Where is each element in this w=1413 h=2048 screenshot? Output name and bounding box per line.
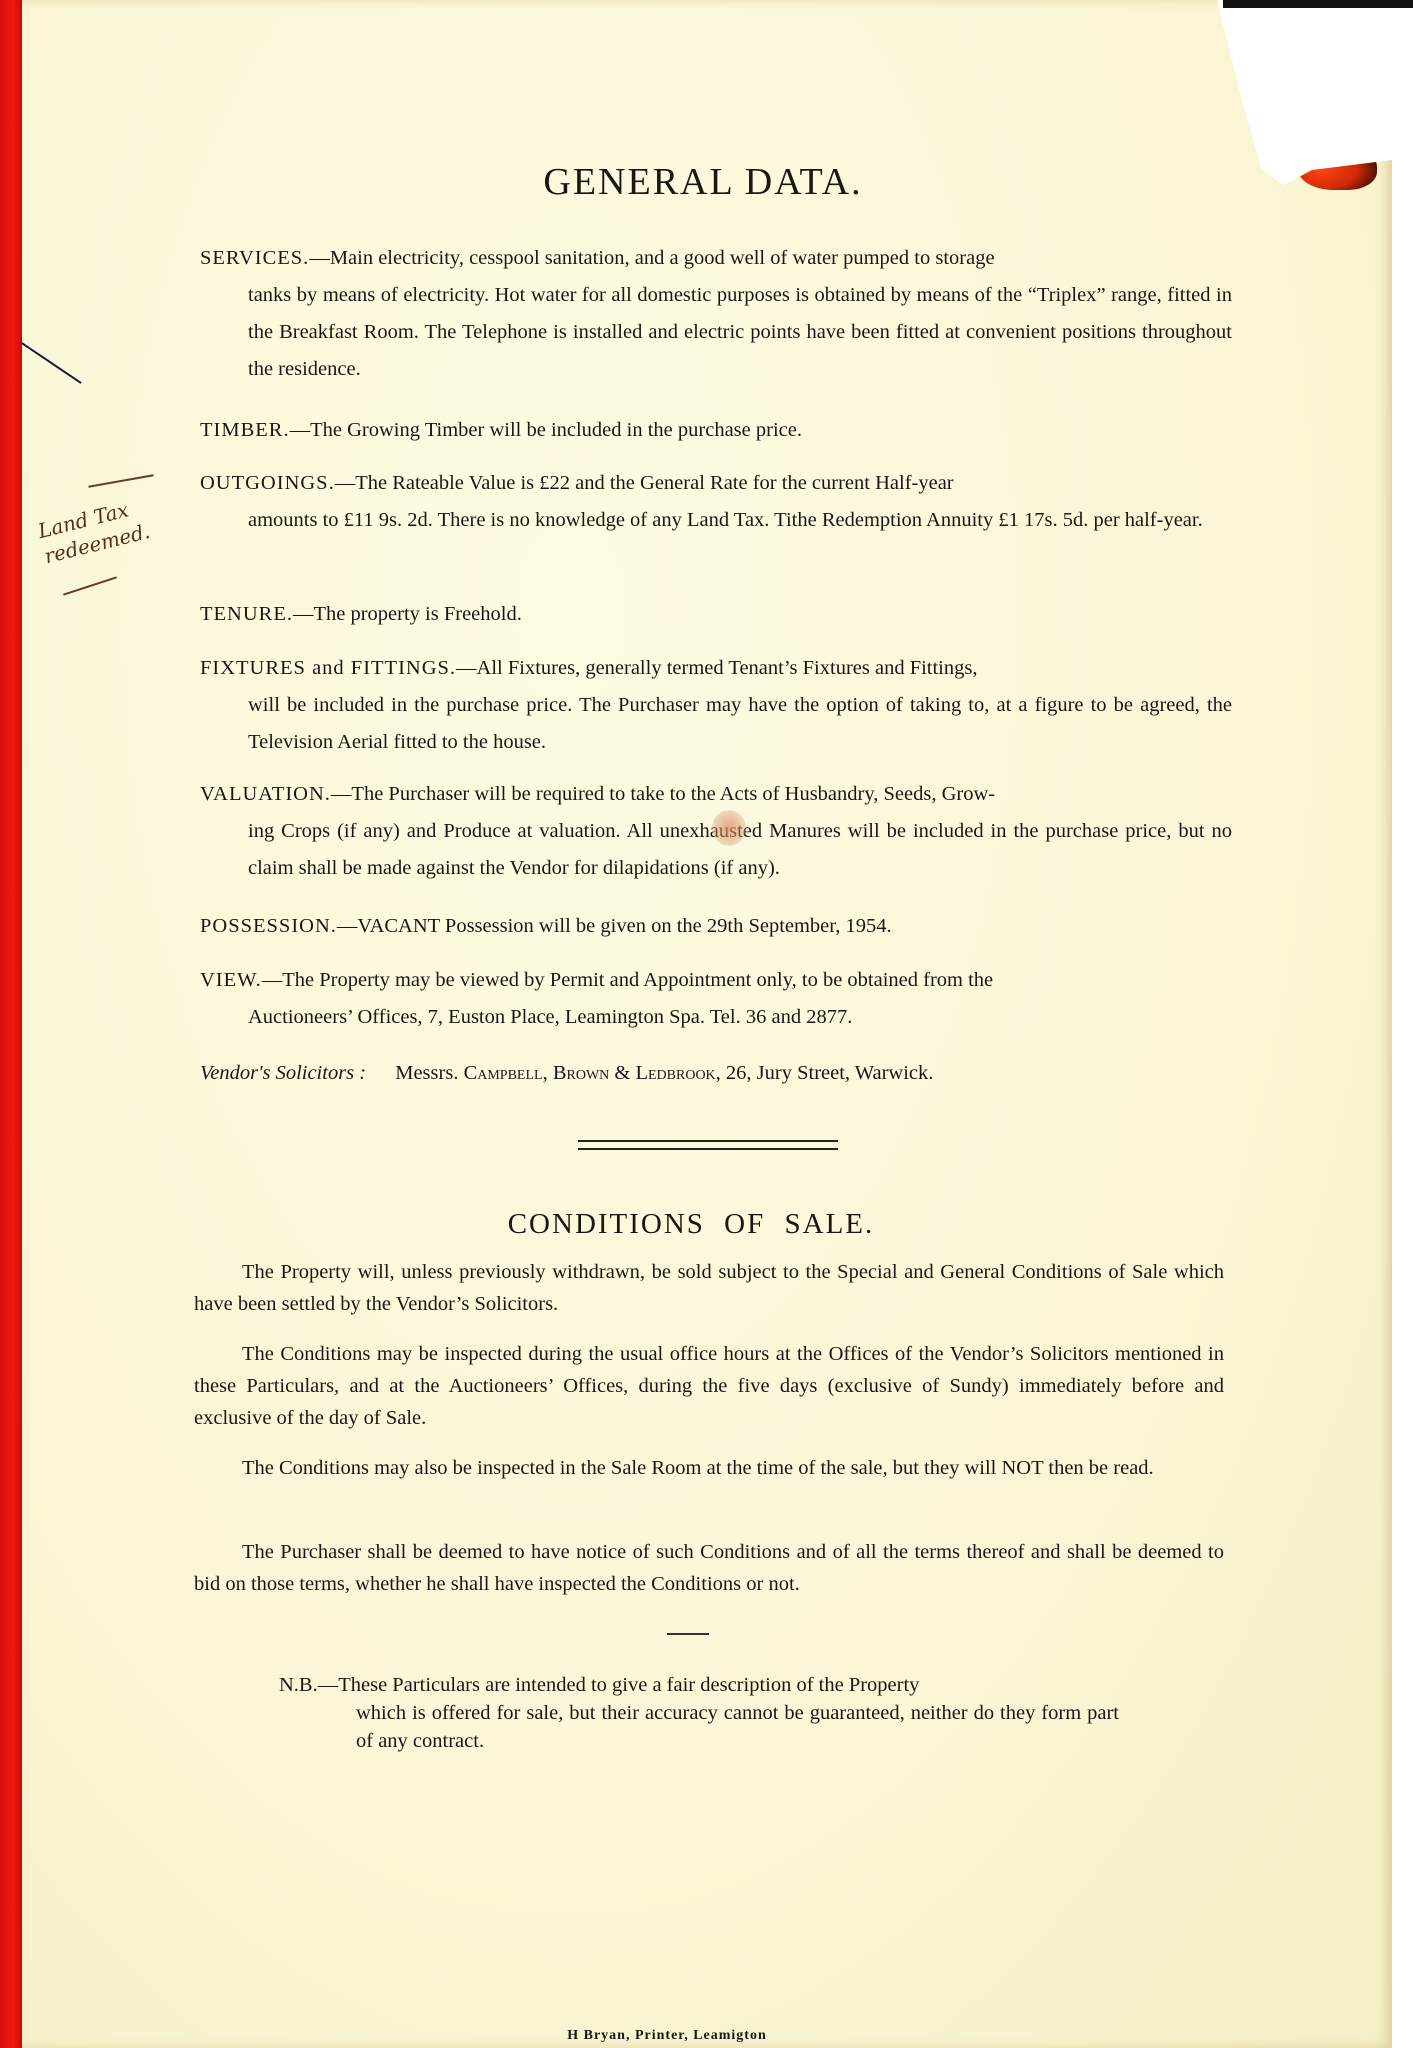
entry-heading: TIMBER. (200, 419, 290, 441)
vendors-solicitors: Vendor's Solicitors : Messrs. Campbell, … (200, 1062, 933, 1085)
nb-first-line: N.B.—These Particulars are intended to g… (279, 1674, 919, 1696)
conditions-paragraph: The Property will, unless previously wit… (194, 1256, 1224, 1320)
entry-first-line: —VACANT Possession will be given on the … (337, 915, 892, 937)
entry-first-line: —The Property may be viewed by Permit an… (262, 969, 993, 991)
entry-continuation: Auctioneers’ Offices, 7, Euston Place, L… (200, 999, 1232, 1036)
solicitors-address: 26, Jury Street, Warwick. (726, 1062, 933, 1084)
general-data-title: GENERAL DATA. (18, 160, 1388, 204)
entry-services: SERVICES.—Main electricity, cesspool san… (200, 240, 1232, 388)
edge-stain (1404, 1075, 1413, 1099)
entry-heading: TENURE. (200, 603, 293, 625)
entry-timber: TIMBER.—The Growing Timber will be inclu… (200, 412, 1232, 449)
entry-fixtures-fittings: FIXTURES and FITTINGS.—All Fixtures, gen… (200, 650, 1232, 761)
entry-heading: FIXTURES and FITTINGS. (200, 657, 456, 679)
entry-heading: SERVICES. (200, 247, 309, 269)
conditions-paragraph: The Conditions may be inspected during t… (194, 1338, 1224, 1434)
nb-continuation: which is offered for sale, but their acc… (279, 1699, 1119, 1755)
section-divider-single (667, 1633, 709, 1635)
solicitors-firm: Campbell, Brown & Ledbrook, (464, 1062, 721, 1084)
scan-top-border (1223, 0, 1413, 8)
entry-heading: OUTGOINGS. (200, 472, 335, 494)
solicitors-prefix: Messrs. (395, 1062, 458, 1084)
paper-stain (712, 810, 746, 846)
section-divider-double (578, 1140, 838, 1150)
red-binding-edge (0, 0, 22, 2048)
conditions-paragraph: The Conditions may also be inspected in … (194, 1452, 1224, 1484)
entry-continuation: amounts to £11 9s. 2d. There is no knowl… (200, 502, 1232, 539)
entry-continuation: tanks by means of electricity. Hot water… (200, 277, 1232, 388)
solicitors-label: Vendor's Solicitors : (200, 1062, 366, 1084)
entry-heading: POSSESSION. (200, 915, 337, 937)
entry-view: VIEW.—The Property may be viewed by Perm… (200, 962, 1232, 1036)
entry-continuation: will be included in the purchase price. … (200, 687, 1232, 761)
entry-first-line: —Main electricity, cesspool sanitation, … (309, 247, 994, 269)
entry-tenure: TENURE.—The property is Freehold. (200, 596, 1232, 633)
entry-heading: VIEW. (200, 969, 262, 991)
document-page: GENERAL DATA. SERVICES.—Main electricity… (22, 0, 1392, 2048)
conditions-paragraph: The Purchaser shall be deemed to have no… (194, 1536, 1224, 1600)
edge-stain (1407, 710, 1413, 734)
entry-first-line: —All Fixtures, generally termed Tenant’s… (456, 657, 977, 679)
conditions-of-sale-title: CONDITIONS OF SALE. (6, 1208, 1376, 1241)
printer-imprint: H Bryan, Printer, Leamigton (0, 2028, 1352, 2044)
entry-possession: POSSESSION.—VACANT Possession will be gi… (200, 908, 1232, 945)
entry-first-line: —The Rateable Value is £22 and the Gener… (335, 472, 954, 494)
entry-first-line: —The property is Freehold. (293, 603, 522, 625)
entry-first-line: —The Purchaser will be required to take … (331, 783, 995, 805)
entry-heading: VALUATION. (200, 783, 331, 805)
entry-first-line: —The Growing Timber will be included in … (290, 419, 802, 441)
nb-disclaimer: N.B.—These Particulars are intended to g… (279, 1671, 1119, 1755)
entry-outgoings: OUTGOINGS.—The Rateable Value is £22 and… (200, 465, 1232, 539)
